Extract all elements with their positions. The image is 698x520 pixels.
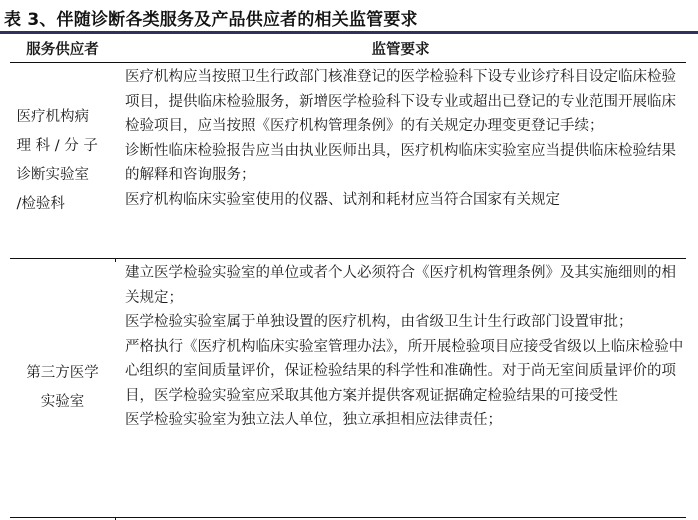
provider-line: /检验科 xyxy=(17,190,109,219)
provider-line: 第三方医学 xyxy=(17,359,109,388)
header-requirements: 监管要求 xyxy=(115,38,686,59)
provider-line: 诊断实验室 xyxy=(17,161,109,190)
table-header-row: 服务供应者 监管要求 xyxy=(10,34,686,63)
requirement-item: 医学检验实验室属于单独设置的医疗机构，由省级卫生计生行政部门设置审批； xyxy=(125,310,686,335)
provider-label: 医疗机构病 理 科 / 分 子 诊断实验室 /检验科 xyxy=(17,103,109,219)
requirement-item: 建立医学检验实验室的单位或者个人必须符合《医疗机构管理条例》及其实施细则的相关规… xyxy=(125,261,686,310)
requirement-item: 诊断性临床检验报告应当由执业医师出具，医疗机构临床实验室应当提供临床检验结果的解… xyxy=(125,139,686,188)
regulation-table: 服务供应者 监管要求 医疗机构病 理 科 / 分 子 诊断实验室 /检验科 医疗… xyxy=(10,34,686,518)
provider-line: 实验室 xyxy=(17,388,109,417)
provider-line: 理 科 / 分 子 xyxy=(17,132,109,161)
provider-label: 第三方医学 实验室 xyxy=(17,359,109,417)
provider-cell: 医疗机构病 理 科 / 分 子 诊断实验室 /检验科 xyxy=(10,63,115,258)
header-provider: 服务供应者 xyxy=(10,38,115,59)
provider-cell: 第三方医学 实验室 xyxy=(10,259,115,517)
table-row: 医疗机构病 理 科 / 分 子 诊断实验室 /检验科 医疗机构应当按照卫生行政部… xyxy=(10,63,686,259)
requirement-item: 医疗机构应当按照卫生行政部门核准登记的医学检验科下设专业诊疗科目设定临床检验项目… xyxy=(125,65,686,139)
table-title: 表 3、伴随诊断各类服务及产品供应者的相关监管要求 xyxy=(4,5,418,30)
requirement-item: 医学检验实验室为独立法人单位，独立承担相应法律责任； xyxy=(125,408,686,433)
requirements-cell: 医疗机构应当按照卫生行政部门核准登记的医学检验科下设专业诊疗科目设定临床检验项目… xyxy=(115,63,686,258)
requirements-cell: 建立医学检验实验室的单位或者个人必须符合《医疗机构管理条例》及其实施细则的相关规… xyxy=(115,259,686,517)
requirement-item: 医疗机构临床实验室使用的仪器、试剂和耗材应当符合国家有关规定 xyxy=(125,188,686,213)
requirement-item: 严格执行《医疗机构临床实验室管理办法》，所开展检验项目应接受省级以上临床检验中心… xyxy=(125,335,686,409)
provider-line: 医疗机构病 xyxy=(17,103,109,132)
table-row: 第三方医学 实验室 建立医学检验实验室的单位或者个人必须符合《医疗机构管理条例》… xyxy=(10,259,686,518)
